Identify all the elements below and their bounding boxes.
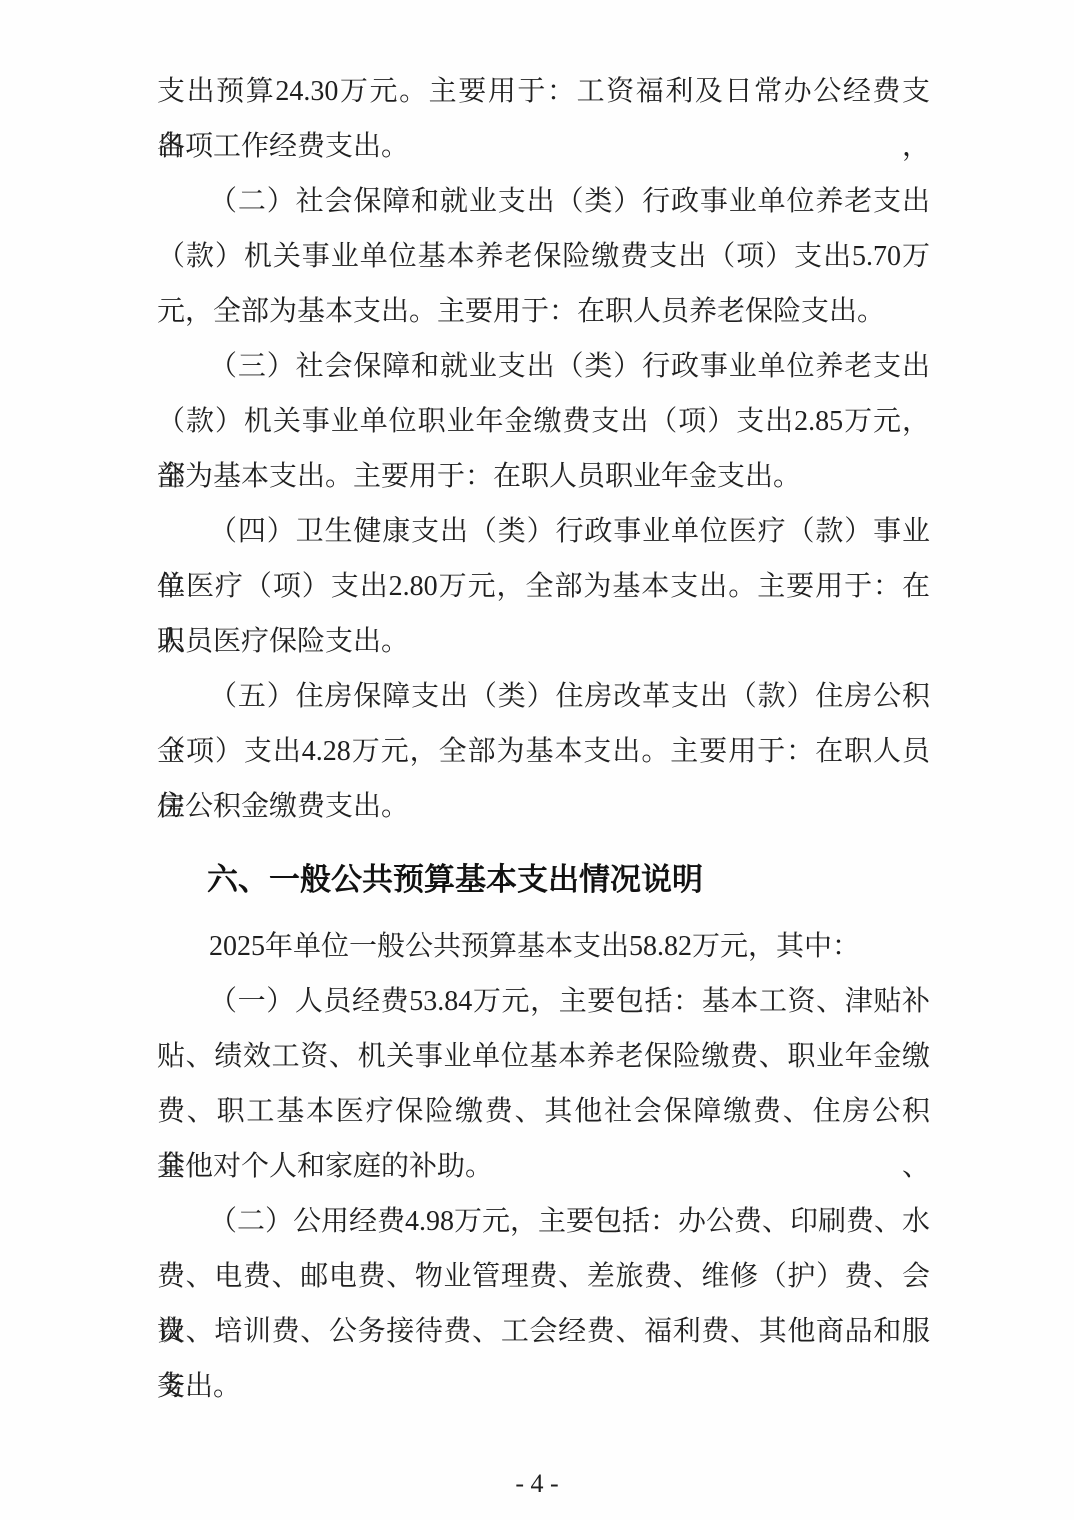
paragraph: （三）社会保障和就业支出（类）行政事业单位养老支出（款）机关事业单位职业年金缴费… — [157, 339, 930, 504]
paragraph: 2025年单位一般公共预算基本支出58.82万元，其中： — [157, 919, 930, 974]
text-line: 部为基本支出。主要用于：在职人员职业年金支出。 — [157, 449, 930, 504]
text-line: 支出预算24.30万元。主要用于：工资福利及日常办公经费支出， — [157, 64, 930, 119]
text-line: （款）机关事业单位职业年金缴费支出（项）支出2.85万元，全 — [157, 394, 930, 449]
paragraph: （四）卫生健康支出（类）行政事业单位医疗（款）事业单位医疗（项）支出2.80万元… — [157, 504, 930, 669]
paragraph: （二）社会保障和就业支出（类）行政事业单位养老支出（款）机关事业单位基本养老保险… — [157, 174, 930, 339]
page-number: - 4 - — [515, 1469, 558, 1498]
document-page: 支出预算24.30万元。主要用于：工资福利及日常办公经费支出，各项工作经费支出。… — [0, 0, 1074, 1520]
text-line: 费、职工基本医疗保险缴费、其他社会保障缴费、住房公积金、 — [157, 1084, 930, 1139]
text-line: （二）公用经费4.98万元，主要包括：办公费、印刷费、水 — [157, 1194, 930, 1249]
text-line: 人员医疗保险支出。 — [157, 614, 930, 669]
text-line: 贴、绩效工资、机关事业单位基本养老保险缴费、职业年金缴 — [157, 1029, 930, 1084]
text-line: （款）机关事业单位基本养老保险缴费支出（项）支出5.70万 — [157, 229, 930, 284]
text-line: （四）卫生健康支出（类）行政事业单位医疗（款）事业单 — [157, 504, 930, 559]
page-footer: - 4 - — [0, 1468, 1074, 1500]
paragraph: （二）公用经费4.98万元，主要包括：办公费、印刷费、水费、电费、邮电费、物业管… — [157, 1194, 930, 1414]
text-line: 费、培训费、公务接待费、工会经费、福利费、其他商品和服务 — [157, 1304, 930, 1359]
section-heading: 六、一般公共预算基本支出情况说明 — [157, 852, 930, 907]
paragraph: （五）住房保障支出（类）住房改革支出（款）住房公积金（项）支出4.28万元，全部… — [157, 669, 930, 834]
text-line: 支出。 — [157, 1359, 930, 1414]
text-line: 2025年单位一般公共预算基本支出58.82万元，其中： — [157, 919, 930, 974]
text-line: 位医疗（项）支出2.80万元，全部为基本支出。主要用于：在职 — [157, 559, 930, 614]
text-line: 房公积金缴费支出。 — [157, 779, 930, 834]
text-line: （一）人员经费53.84万元，主要包括：基本工资、津贴补 — [157, 974, 930, 1029]
text-line: （三）社会保障和就业支出（类）行政事业单位养老支出 — [157, 339, 930, 394]
document-body: 支出预算24.30万元。主要用于：工资福利及日常办公经费支出，各项工作经费支出。… — [157, 64, 930, 1414]
paragraph: 支出预算24.30万元。主要用于：工资福利及日常办公经费支出，各项工作经费支出。 — [157, 64, 930, 174]
text-line: （二）社会保障和就业支出（类）行政事业单位养老支出 — [157, 174, 930, 229]
paragraph: （一）人员经费53.84万元，主要包括：基本工资、津贴补贴、绩效工资、机关事业单… — [157, 974, 930, 1194]
text-line: （项）支出4.28万元，全部为基本支出。主要用于：在职人员住 — [157, 724, 930, 779]
text-line: 元，全部为基本支出。主要用于：在职人员养老保险支出。 — [157, 284, 930, 339]
text-line: 费、电费、邮电费、物业管理费、差旅费、维修（护）费、会议 — [157, 1249, 930, 1304]
text-line: （五）住房保障支出（类）住房改革支出（款）住房公积金 — [157, 669, 930, 724]
